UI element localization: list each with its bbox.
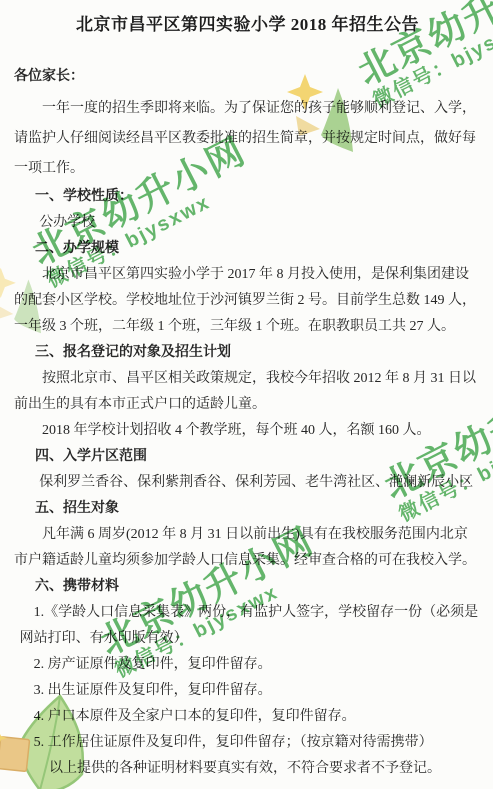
section-5-body: 凡年满 6 周岁(2012 年 8 月 31 日以前出生)具有在我校服务范围内北… — [14, 522, 481, 574]
page-title: 北京市昌平区第四实验小学 2018 年招生公告 — [14, 12, 481, 38]
material-item-1: 1.《学龄人口信息采集表》两份，有监护人签字，学校留存一份（必须是网站打印、有水… — [14, 600, 481, 652]
section-1-body: 公办学校 — [14, 210, 481, 236]
material-item-2: 2. 房产证原件及复印件，复印件留存。 — [14, 652, 481, 678]
closing-note: 以上提供的各种证明材料要真实有效，不符合要求者不予登记。 — [14, 756, 481, 782]
section-3-heading: 三、报名登记的对象及招生计划 — [14, 340, 481, 366]
material-item-3: 3. 出生证原件及复印件，复印件留存。 — [14, 678, 481, 704]
section-2-heading: 二、办学规模 — [14, 236, 481, 262]
intro-paragraph: 一年一度的招生季即将来临。为了保证您的孩子能够顺利登记、入学，请监护人仔细阅读经… — [14, 94, 481, 184]
section-3-body-2: 2018 年学校计划招收 4 个教学班，每个班 40 人，名额 160 人。 — [14, 418, 481, 444]
section-1-heading: 一、学校性质： — [14, 184, 481, 210]
section-4-heading: 四、入学片区范围 — [14, 444, 481, 470]
material-item-5: 5. 工作居住证原件及复印件，复印件留存；（按京籍对待需携带） — [14, 730, 481, 756]
salutation: 各位家长： — [14, 64, 481, 90]
section-6-heading: 六、携带材料 — [14, 574, 481, 600]
material-item-4: 4. 户口本原件及全家户口本的复印件，复印件留存。 — [14, 704, 481, 730]
scanned-document: 北京市昌平区第四实验小学 2018 年招生公告 各位家长： 一年一度的招生季即将… — [0, 0, 493, 789]
document-body: 北京市昌平区第四实验小学 2018 年招生公告 各位家长： 一年一度的招生季即将… — [0, 0, 493, 789]
section-5-heading: 五、招生对象 — [14, 496, 481, 522]
section-4-body: 保利罗兰香谷、保利紫荆香谷、保利芳园、老牛湾社区、滟澜新辰小区 — [14, 470, 481, 496]
section-3-body-1: 按照北京市、昌平区相关政策规定，我校今年招收 2012 年 8 月 31 日以前… — [14, 366, 481, 418]
section-2-body: 北京市昌平区第四实验小学于 2017 年 8 月投入使用，是保利集团建设的配套小… — [14, 262, 481, 340]
